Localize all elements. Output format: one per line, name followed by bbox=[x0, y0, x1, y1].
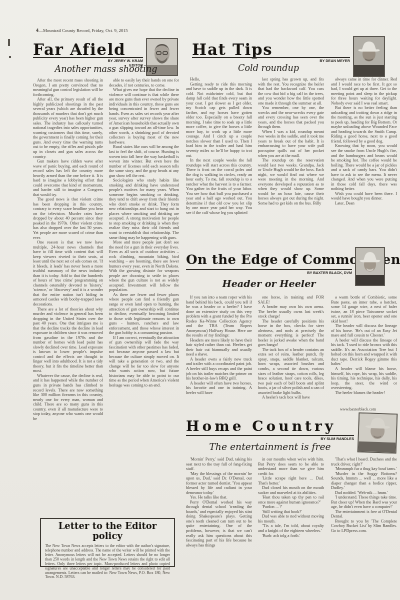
hat-tips-article-title: Cold roundup bbox=[186, 64, 351, 74]
scan-artifact bbox=[9, 56, 11, 58]
hat-tips-byline-name: BY DEAN MEYER bbox=[320, 59, 350, 64]
home-country-column-3: 'That's what I heard. Duchess and the tr… bbox=[331, 457, 397, 564]
common-sense-byline: BY BAXTER BLACK, DVM bbox=[252, 271, 352, 277]
baxter-black-portrait bbox=[356, 248, 384, 285]
far-afield-column-1: After the most recent mass shooting in O… bbox=[33, 78, 103, 515]
baxter-black-website: www.baxterblack.com bbox=[340, 407, 376, 412]
home-country-column-2: in our mouths when we're with him. But P… bbox=[258, 457, 324, 564]
dean-meyer-portrait bbox=[354, 37, 384, 76]
letter-policy-box: Letter to the Editor policy The New Town… bbox=[40, 518, 175, 567]
common-sense-column-3: a warm bottle of Combiotic, some Bute pa… bbox=[331, 295, 397, 405]
home-country-column-1: 'Mornin' Perry,' said Dud, taking his se… bbox=[186, 457, 252, 564]
common-sense-byline-name: BY BAXTER BLACK, DVM bbox=[307, 271, 352, 276]
home-country-article-title: The entertainment is free bbox=[186, 442, 354, 453]
newspaper-page: 4—Mountrail County Record, Friday, Oct. … bbox=[0, 0, 400, 600]
scan-artifact bbox=[8, 39, 10, 46]
common-sense-article-title: Header or Heeler bbox=[186, 279, 352, 290]
far-afield-article-title: Another mass shooting bbox=[33, 65, 179, 75]
hat-tips-column-2: last spring has grown up, and fits with … bbox=[258, 77, 324, 253]
common-sense-column-1: If you ran into a team roper with his ha… bbox=[186, 295, 252, 415]
letter-policy-body: The New Town News accepts letters to the… bbox=[45, 544, 170, 578]
hat-tips-column-3: always came in time for dinner. Red and … bbox=[331, 77, 397, 253]
slim-randles-portrait bbox=[358, 413, 396, 452]
letter-policy-title: Letter to the Editor policy bbox=[45, 522, 170, 542]
common-sense-column-2: one horse, in training and FOR SALE!A he… bbox=[258, 295, 324, 415]
home-country-byline-name: BY SLIM RANDLES bbox=[321, 437, 354, 442]
page-header-line: 4—Mountrail County Record, Friday, Oct. … bbox=[36, 28, 176, 35]
dean-meyer-photo bbox=[353, 36, 385, 77]
slim-randles-photo bbox=[357, 412, 397, 453]
home-country-headline: Home Country bbox=[186, 419, 336, 435]
far-afield-column-2: able to easily lay their hands on one fo… bbox=[109, 78, 179, 510]
hat-tips-column-1: Hello,Getting ready to ride this morning… bbox=[186, 77, 252, 253]
baxter-black-photo bbox=[355, 247, 385, 286]
page-header-text: —Mountrail County Record, Friday, Oct. 9… bbox=[39, 28, 128, 33]
